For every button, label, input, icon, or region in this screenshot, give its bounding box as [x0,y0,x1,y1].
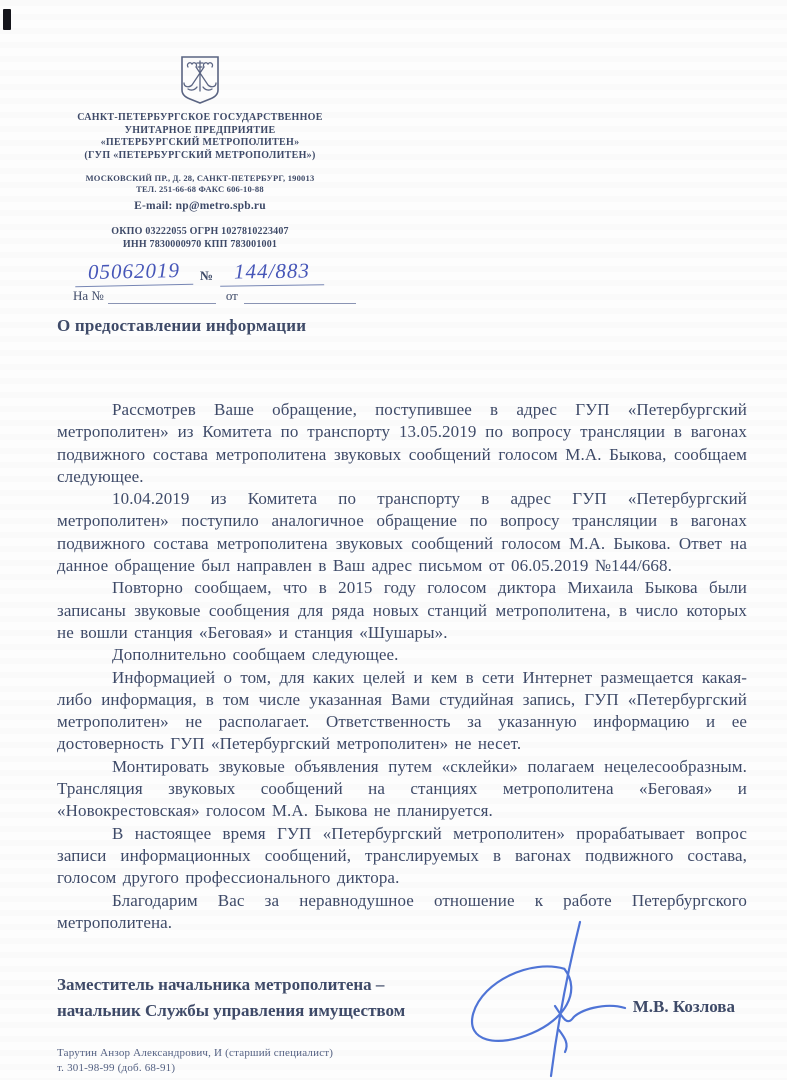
signer-position-line: начальник Службы управления имуществом [57,998,405,1024]
handwritten-date: 05062019 [75,258,194,287]
scan-artifact-mark [3,9,11,30]
paragraph: Информацией о том, для каких целей и кем… [57,667,747,756]
address-line: МОСКОВСКИЙ ПР., Д. 28, САНКТ-ПЕТЕРБУРГ, … [50,173,350,184]
letter-subject: О предоставлении информации [57,316,306,336]
signer-name: М.В. Козлова [633,997,747,1017]
signature-block: Заместитель начальника метрополитена – н… [57,972,747,1024]
reference-line: На № от [73,288,356,304]
scanned-letter-page: САНКТ-ПЕТЕРБУРГСКОЕ ГОСУДАРСТВЕННОЕ УНИТ… [0,0,787,1080]
paragraph: Монтировать звуковые объявления путем «с… [57,756,747,823]
paragraph: В настоящее время ГУП «Петербургский мет… [57,823,747,890]
executor-phone-line: т. 301-98-99 (доб. 68-91) [57,1061,333,1076]
phone-fax-line: ТЕЛ. 251-66-68 ФАКС 606-10-88 [50,184,350,195]
org-name-line: САНКТ-ПЕТЕРБУРГСКОЕ ГОСУДАРСТВЕННОЕ [50,112,350,125]
number-sign-label: № [200,268,213,284]
handwritten-letter-number: 144/883 [220,258,324,286]
org-name-line: «ПЕТЕРБУРГСКИЙ МЕТРОПОЛИТЕН» [50,137,350,150]
paragraph: Повторно сообщаем, что в 2015 году голос… [57,577,747,644]
letter-body: Рассмотрев Ваше обращение, поступившее в… [57,399,747,934]
st-petersburg-coat-of-arms-icon [178,55,222,105]
ref-na-label: На № [73,288,104,304]
okpo-ogrn-line: ОКПО 03222055 ОГРН 1027810223407 [50,226,350,239]
paragraph: 10.04.2019 из Комитета по транспорту в а… [57,488,747,577]
paragraph: Рассмотрев Ваше обращение, поступившее в… [57,399,747,488]
signer-position: Заместитель начальника метрополитена – н… [57,972,405,1024]
ref-date-blank [244,290,356,304]
outgoing-number-block: 05062019 № 144/883 [75,250,335,286]
ref-number-blank [108,290,216,304]
registration-codes: ОКПО 03222055 ОГРН 1027810223407 ИНН 783… [50,226,350,251]
address-block: МОСКОВСКИЙ ПР., Д. 28, САНКТ-ПЕТЕРБУРГ, … [50,173,350,212]
executor-name-line: Тарутин Анзор Александрович, И (старший … [57,1046,333,1061]
org-name-line: УНИТАРНОЕ ПРЕДПРИЯТИЕ [50,125,350,138]
letterhead: САНКТ-ПЕТЕРБУРГСКОЕ ГОСУДАРСТВЕННОЕ УНИТ… [50,55,350,251]
paragraph: Дополнительно сообщаем следующее. [57,644,747,666]
ref-ot-label: от [226,288,238,304]
paragraph: Благодарим Вас за неравнодушное отношени… [57,890,747,935]
signer-position-line: Заместитель начальника метрополитена – [57,972,405,998]
executor-footer: Тарутин Анзор Александрович, И (старший … [57,1046,333,1075]
org-name-line: (ГУП «ПЕТЕРБУРГСКИЙ МЕТРОПОЛИТЕН») [50,150,350,163]
email-line: E-mail: np@metro.spb.ru [50,200,350,212]
